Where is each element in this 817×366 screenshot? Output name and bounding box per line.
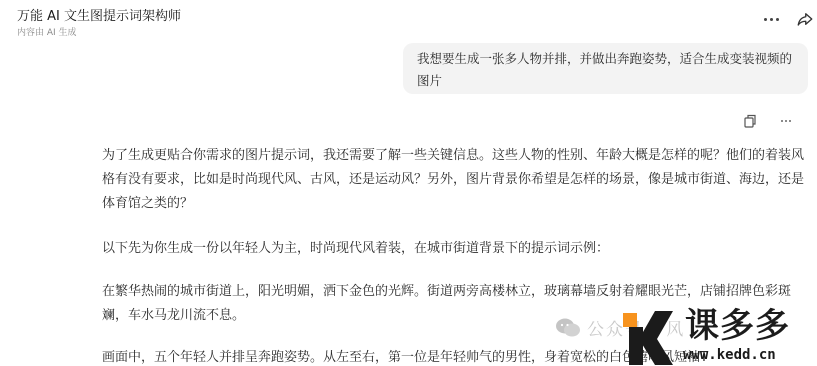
more-horizontal-icon [764,18,767,21]
wechat-icon [555,317,581,343]
answer-paragraph: 以下先为你生成一份以年轻人为主，时尚现代风着装，在城市街道背景下的提示词示例： [102,237,814,261]
ai-generated-label: 内容由 AI 生成 [17,25,77,38]
watermark-url: www.kedd.cn [683,347,776,363]
share-button[interactable] [796,10,816,30]
dot [789,120,791,122]
watermark-overlay: 公众号 · 风 课多多 www.kedd.cn [555,305,817,366]
chat-header: 万能 AI 文生图提示词架构师 内容由 AI 生成 [0,0,817,40]
user-message-bubble: 我想要生成一张多人物并排，并做出奔跑姿势，适合生成变装视频的图片 [403,43,808,94]
header-more-button[interactable] [762,10,780,28]
message-more-button[interactable] [778,113,794,129]
answer-paragraph: 为了生成更贴合你需求的图片提示词，我还需要了解一些关键信息。这些人物的性别、年龄… [102,144,814,216]
dot [776,18,779,21]
page-title: 万能 AI 文生图提示词架构师 [17,5,181,24]
watermark-brand: 课多多 [685,307,790,345]
dot [770,18,773,21]
more-horizontal-icon [781,120,783,122]
message-actions [742,112,794,130]
dot [785,120,787,122]
share-icon [796,10,814,28]
copy-icon [742,113,758,129]
kedd-logo-icon [615,307,675,365]
copy-button[interactable] [742,113,758,129]
